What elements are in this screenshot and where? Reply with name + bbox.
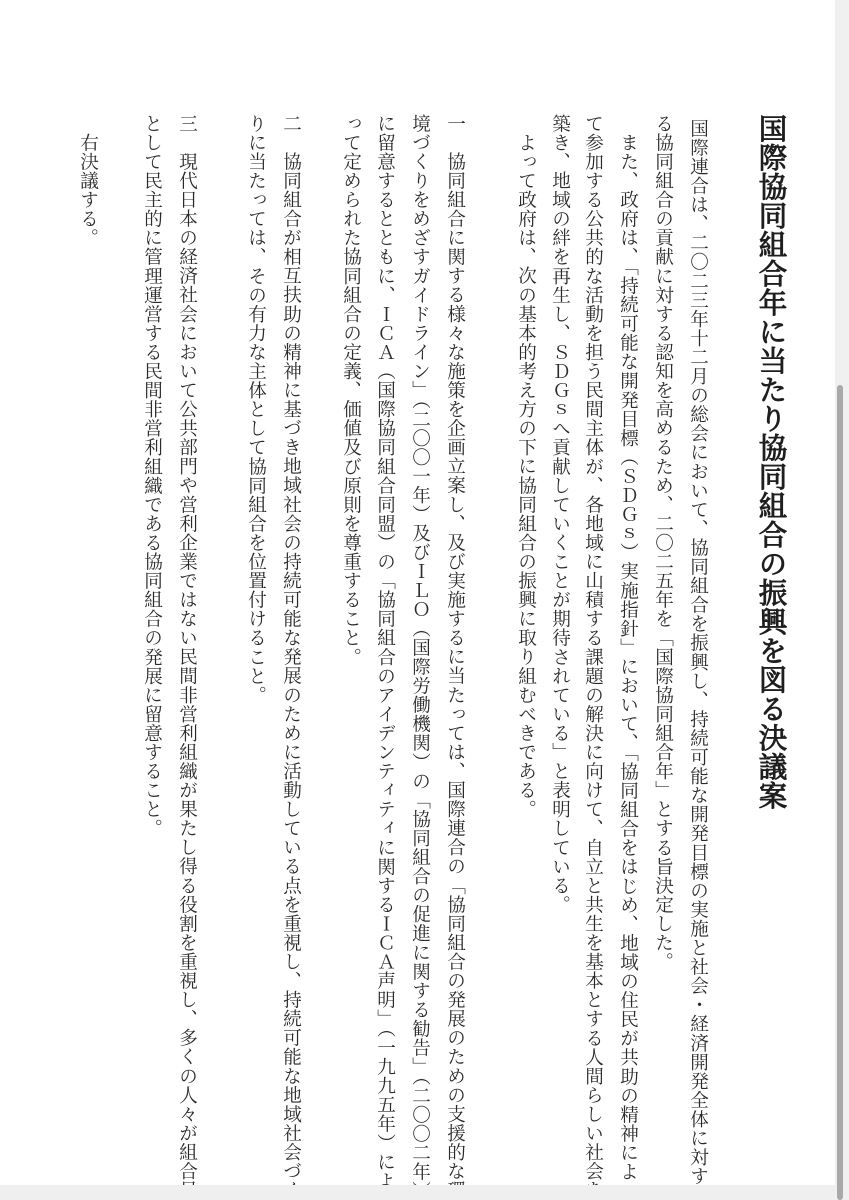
- document-page: 国際協同組合年に当たり協同組合の振興を図る決議案 国際連合は、二〇二三年十二月の…: [0, 0, 835, 1185]
- item-2-number: 二: [281, 114, 300, 133]
- preamble-line-3: また、政府は、「持続可能な開発目標（ＳＤＧｓ）実施指針」において、「協同組合をは…: [618, 133, 637, 1200]
- item-1-line-2: 境づくりをめざすガイドライン」（二〇〇一年）及びＩＬＯ（国際労働機関）の「協同組…: [410, 114, 429, 1200]
- preamble-line-1: 国際連合は、二〇二三年十二月の総会において、協同組合を振興し、持続可能な開発目標…: [688, 119, 707, 1186]
- scrollbar-thumb[interactable]: [837, 385, 843, 1200]
- item-2-line-1: 協同組合が相互扶助の精神に基づき地域社会の持続可能な発展のために活動している点を…: [281, 152, 300, 1200]
- preamble-line-5: 築き、地域の絆を再生し、ＳＤＧｓへ貢献していくことが期待されている」と表明してい…: [550, 114, 569, 914]
- vertical-scrollbar[interactable]: [835, 0, 849, 1200]
- page-bottom-edge: [0, 1185, 835, 1200]
- item-1-line-3: に留意するとともに、ＩＣＡ（国際協同組合同盟）の「協同組合のアイデンティティに関…: [375, 114, 394, 1191]
- closing-statement: 右決議する。: [78, 133, 97, 247]
- item-2-line-2: りに当たっては、その有力な主体として協同組合を位置付けること。: [246, 114, 265, 705]
- item-3-number: 三: [177, 114, 196, 133]
- preamble-line-2: る協同組合の貢献に対する認知を高めるため、二〇二五年を「国際協同組合年」とする旨…: [653, 114, 672, 971]
- item-3-line-2: として民主的に管理運営する民間非営利組織である協同組合の発展に留意すること。: [142, 114, 161, 838]
- document-title: 国際協同組合年に当たり協同組合の振興を図る決議案: [757, 114, 786, 810]
- item-3-line-1: 現代日本の経済社会において公共部門や営利企業ではない民間非営利組織が果たし得る役…: [177, 152, 196, 1200]
- preamble-line-4: て参加する公共的な活動を担う民間主体が、各地域に山積する課題の解決に向けて、自立…: [583, 114, 602, 1200]
- item-1-line-1: 協同組合に関する様々な施策を企画立案し、及び実施するに当たっては、国際連合の「協…: [445, 152, 464, 1200]
- item-1-number: 一: [445, 114, 464, 133]
- preamble-line-6: よって政府は、次の基本的考え方の下に協同組合の振興に取り組むべきである。: [516, 133, 535, 819]
- item-1-line-4: って定められた協同組合の定義、価値及び原則を尊重すること。: [341, 114, 360, 666]
